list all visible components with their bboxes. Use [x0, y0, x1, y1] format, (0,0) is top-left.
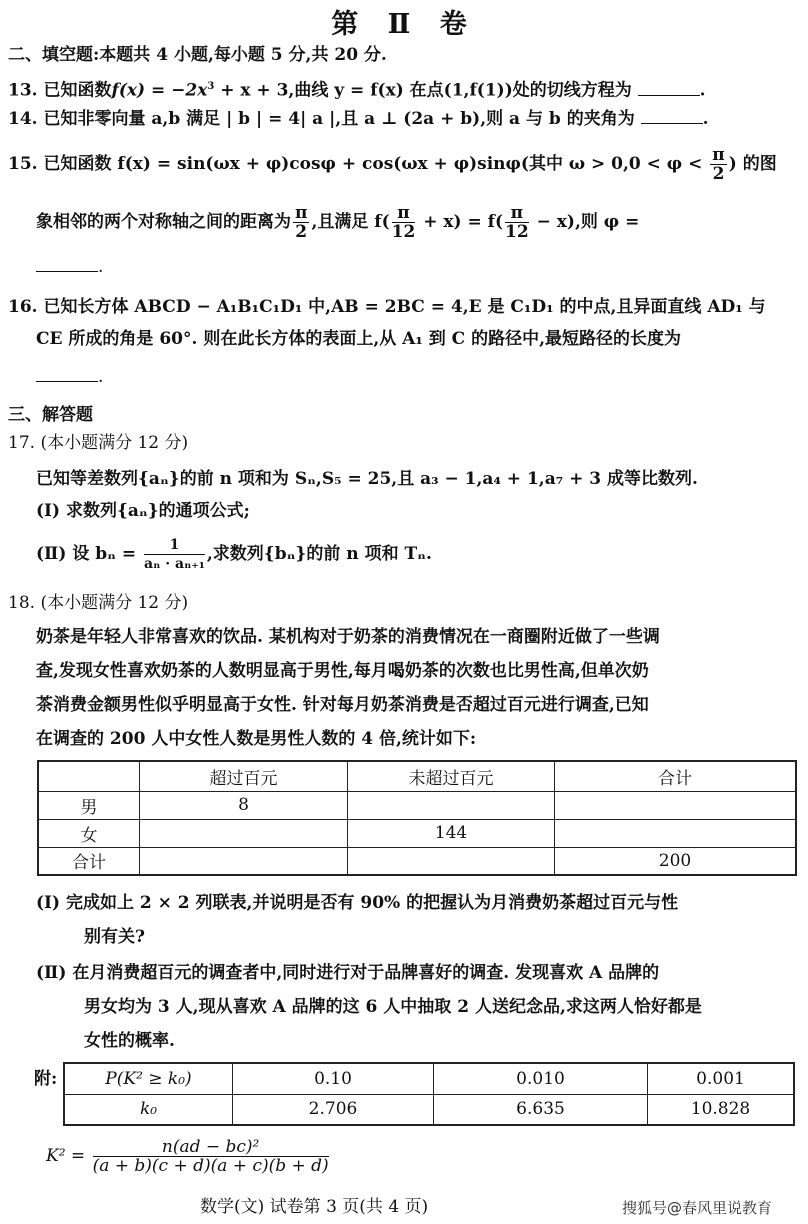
answer-blank[interactable]	[36, 367, 98, 382]
table-row: k₀ 2.706 6.635 10.828	[64, 1094, 794, 1125]
table-cell: 0.001	[648, 1063, 795, 1094]
table-row: 合计 200	[38, 847, 796, 875]
table-cell: 0.10	[233, 1063, 434, 1094]
table-cell: k₀	[64, 1094, 233, 1125]
fraction-pi-over-2: π2	[293, 204, 309, 241]
table-header-cell: 合计	[555, 761, 797, 791]
question-18-part2: (Ⅱ) 在月消费超百元的调查者中,同时进行对于品牌喜好的调查. 发现喜欢 A 品…	[36, 962, 659, 984]
question-16-line2: CE 所成的角是 60°. 则在此长方体的表面上,从 A₁ 到 C 的路径中,最…	[36, 328, 681, 350]
question-number: 16.	[8, 297, 38, 317]
table-header-row: 超过百元 未超过百元 合计	[38, 761, 796, 791]
table-cell: P(K² ≥ k₀)	[64, 1063, 233, 1094]
table-cell	[140, 819, 348, 847]
table-cell: 10.828	[648, 1094, 795, 1125]
section3-heading: 三、解答题	[8, 400, 93, 425]
question-number: 14.	[8, 109, 38, 129]
table-cell: 0.010	[434, 1063, 648, 1094]
table-cell: 6.635	[434, 1094, 648, 1125]
table-header-cell: 未超过百元	[348, 761, 555, 791]
question-17-part1: (Ⅰ) 求数列{aₙ}的通项公式;	[36, 500, 250, 522]
question-14: 14. 已知非零向量 a,b 满足 | b | = 4| a |,且 a ⊥ (…	[8, 108, 709, 130]
question-18-header: 18. (本小题满分 12 分)	[8, 592, 188, 614]
question-13: 13. 已知函数f(x) = −2x3 + x + 3,曲线 y = f(x) …	[8, 76, 706, 102]
question-18-para-line: 茶消费金额男性似乎明显高于女性. 针对每月奶茶消费是否超过百元进行调查,已知	[36, 694, 649, 716]
table-cell: 男	[38, 791, 140, 819]
question-16-blank-line: .	[36, 366, 103, 388]
fraction-bn: 1aₙ · aₙ₊₁	[144, 536, 205, 573]
question-18-para-line: 奶茶是年轻人非常喜欢的饮品. 某机构对于奶茶的消费情况在一商圈附近做了一些调	[36, 626, 660, 648]
table-cell: 女	[38, 819, 140, 847]
page-footer: 数学(文) 试卷第 3 页(共 4 页)	[200, 1196, 428, 1218]
formula-fraction: n(ad − bc)²(a + b)(c + d)(a + c)(b + d)	[93, 1138, 329, 1175]
table-cell: 200	[555, 847, 797, 875]
question-18-part2-cont: 女性的概率.	[84, 1030, 175, 1052]
appendix-label: 附:	[34, 1068, 57, 1090]
question-18-para-line: 在调查的 200 人中女性人数是男性人数的 4 倍,统计如下:	[36, 728, 476, 750]
fraction-pi-over-2: π2	[710, 146, 726, 183]
table-cell: 2.706	[233, 1094, 434, 1125]
table-cell	[140, 847, 348, 875]
table-cell	[348, 847, 555, 875]
fraction-pi-over-12: π12	[505, 204, 529, 241]
question-number: 17.	[8, 433, 35, 453]
question-18-part1: (Ⅰ) 完成如上 2 × 2 列联表,并说明是否有 90% 的把握认为月消费奶茶…	[36, 892, 678, 914]
table-cell	[555, 791, 797, 819]
answer-blank[interactable]	[641, 109, 703, 124]
question-18-para-line: 查,发现女性喜欢奶茶的人数明显高于男性,每月喝奶茶的次数也比男性高,但单次奶	[36, 660, 649, 682]
question-number: 18.	[8, 593, 35, 613]
question-16-line1: 16. 已知长方体 ABCD − A₁B₁C₁D₁ 中,AB = 2BC = 4…	[8, 296, 766, 318]
watermark: 搜狐号@春风里说教育	[622, 1197, 772, 1218]
table-cell: 8	[140, 791, 348, 819]
question-15-line1: 15. 已知函数 f(x) = sin(ωx + φ)cosφ + cos(ωx…	[8, 146, 777, 183]
page-title: 第 Ⅱ 卷	[0, 2, 808, 41]
table-row: P(K² ≥ k₀) 0.10 0.010 0.001	[64, 1063, 794, 1094]
answer-blank[interactable]	[638, 81, 700, 96]
table-cell: 144	[348, 819, 555, 847]
question-number: 13.	[8, 81, 38, 101]
score-note: (本小题满分 12 分)	[40, 433, 188, 453]
question-18-part2-cont: 男女均为 3 人,现从喜欢 A 品牌的这 6 人中抽取 2 人送纪念品,求这两人…	[84, 996, 702, 1018]
fraction-pi-over-12: π12	[392, 204, 416, 241]
table-cell	[555, 819, 797, 847]
table-row: 女 144	[38, 819, 796, 847]
question-17-header: 17. (本小题满分 12 分)	[8, 432, 188, 454]
question-18-part1-cont: 别有关?	[84, 926, 145, 948]
question-15-line2: 象相邻的两个对称轴之间的距离为π2,且满足 f(π12 + x) = f(π12…	[36, 204, 639, 241]
question-number: 15.	[8, 154, 38, 174]
answer-blank[interactable]	[36, 257, 98, 272]
table-header-cell: 超过百元	[140, 761, 348, 791]
chi-square-formula: K² = n(ad − bc)²(a + b)(c + d)(a + c)(b …	[46, 1138, 331, 1175]
table-cell: 合计	[38, 847, 140, 875]
critical-value-table: P(K² ≥ k₀) 0.10 0.010 0.001 k₀ 2.706 6.6…	[63, 1062, 795, 1126]
table-cell	[348, 791, 555, 819]
question-17-part2: (Ⅱ) 设 bₙ = 1aₙ · aₙ₊₁,求数列{bₙ}的前 n 项和 Tₙ.	[36, 536, 432, 573]
question-15-blank-line: .	[36, 256, 103, 278]
contingency-table: 超过百元 未超过百元 合计 男 8 女 144 合计 200	[37, 760, 797, 876]
question-17-stem: 已知等差数列{aₙ}的前 n 项和为 Sₙ,S₅ = 25,且 a₃ − 1,a…	[36, 468, 698, 490]
table-row: 男 8	[38, 791, 796, 819]
table-header-cell	[38, 761, 140, 791]
section2-heading: 二、填空题:本题共 4 小题,每小题 5 分,共 20 分.	[8, 40, 387, 65]
score-note: (本小题满分 12 分)	[40, 593, 188, 613]
